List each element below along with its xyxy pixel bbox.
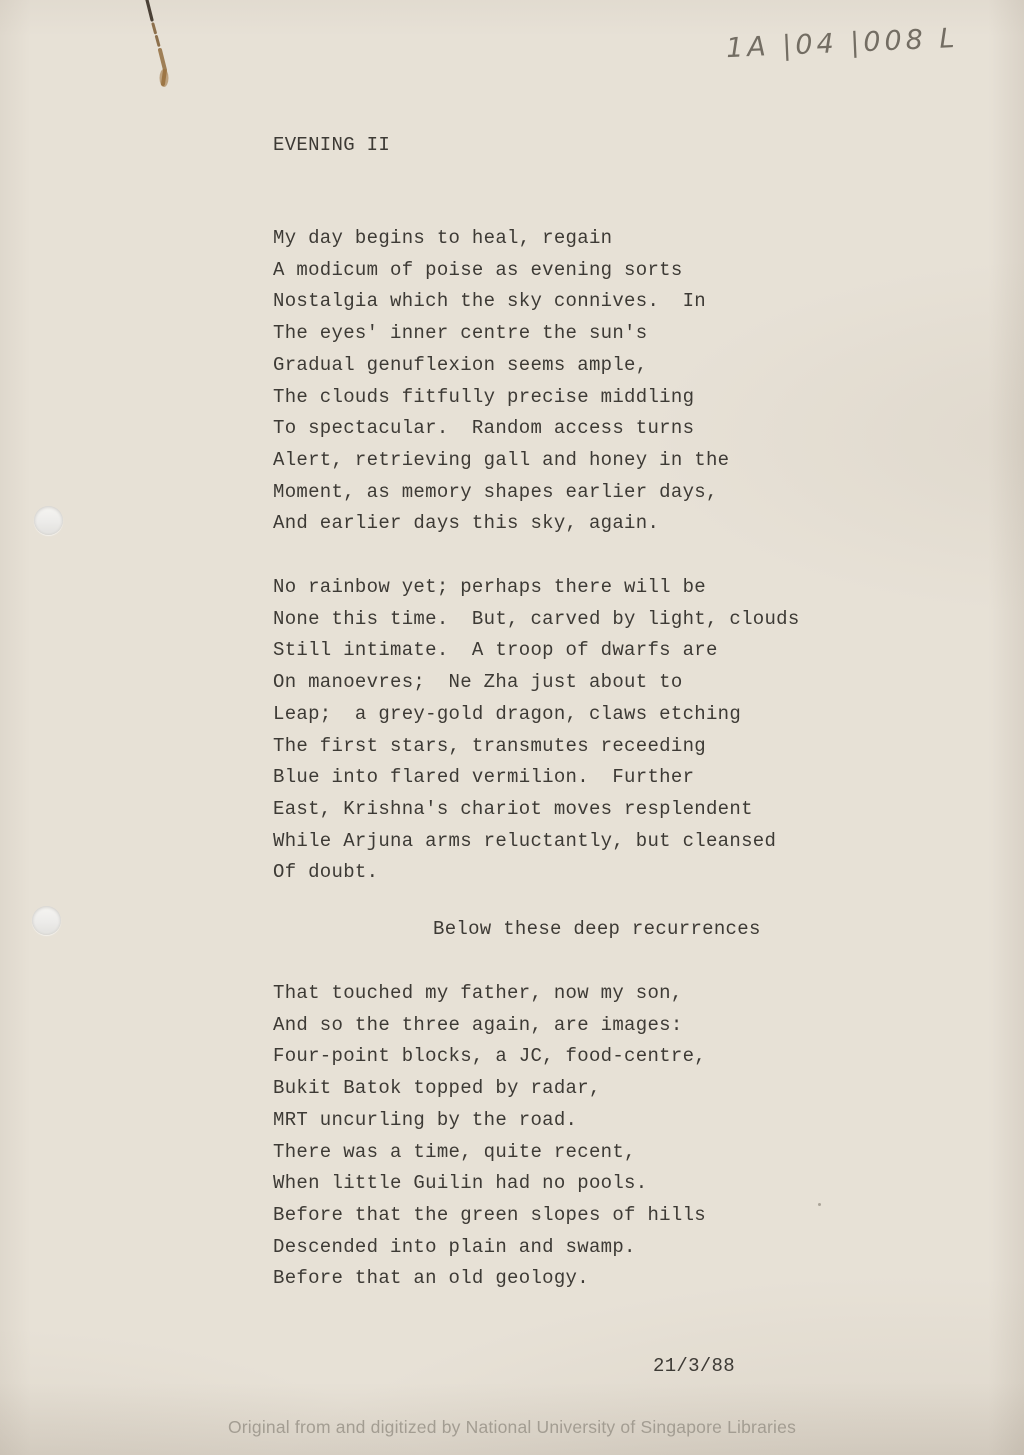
poem-line: Leap; a grey-gold dragon, claws etching xyxy=(273,699,800,731)
poem-line: To spectacular. Random access turns xyxy=(273,413,729,445)
handwritten-archive-code: 1A |04 |008 L xyxy=(725,23,959,64)
poem-line: Before that the green slopes of hills xyxy=(273,1200,706,1232)
poem-line: MRT uncurling by the road. xyxy=(273,1105,706,1137)
poem-stanza-3: That touched my father, now my son,And s… xyxy=(273,978,706,1295)
poem-line: Bukit Batok topped by radar, xyxy=(273,1073,706,1105)
poem-stanza-2: No rainbow yet; perhaps there will beNon… xyxy=(273,572,800,889)
poem-line: That touched my father, now my son, xyxy=(273,978,706,1010)
poem-line: There was a time, quite recent, xyxy=(273,1137,706,1169)
hole-punch-bottom xyxy=(32,906,61,935)
poem-line: And earlier days this sky, again. xyxy=(273,508,729,540)
poem-line: Still intimate. A troop of dwarfs are xyxy=(273,635,800,667)
poem-line: Moment, as memory shapes earlier days, xyxy=(273,477,729,509)
poem-line: No rainbow yet; perhaps there will be xyxy=(273,572,800,604)
poem-line: On manoevres; Ne Zha just about to xyxy=(273,667,800,699)
poem-line: Descended into plain and swamp. xyxy=(273,1232,706,1264)
poem-line: Blue into flared vermilion. Further xyxy=(273,762,800,794)
poem-line: Of doubt. xyxy=(273,857,800,889)
poem-line: And so the three again, are images: xyxy=(273,1010,706,1042)
poem-line: When little Guilin had no pools. xyxy=(273,1168,706,1200)
poem-line: While Arjuna arms reluctantly, but clean… xyxy=(273,826,800,858)
poem-title: EVENING II xyxy=(273,133,390,157)
poem-stanza-1: My day begins to heal, regainA modicum o… xyxy=(273,223,729,540)
poem-interlude-line: Below these deep recurrences xyxy=(433,914,761,946)
poem-line: Before that an old geology. xyxy=(273,1263,706,1295)
poem-line: My day begins to heal, regain xyxy=(273,223,729,255)
poem-line: None this time. But, carved by light, cl… xyxy=(273,604,800,636)
paper-speck xyxy=(818,1203,821,1206)
poem-date: 21/3/88 xyxy=(653,1354,735,1378)
poem-line: Gradual genuflexion seems ample, xyxy=(273,350,729,382)
poem-line: Four-point blocks, a JC, food-centre, xyxy=(273,1041,706,1073)
hole-punch-top xyxy=(34,506,63,535)
poem-line: The first stars, transmutes receeding xyxy=(273,731,800,763)
poem-line: East, Krishna's chariot moves resplenden… xyxy=(273,794,800,826)
rust-stain-mark xyxy=(138,0,180,96)
poem-line: A modicum of poise as evening sorts xyxy=(273,255,729,287)
poem-line: Alert, retrieving gall and honey in the xyxy=(273,445,729,477)
digitization-credit: Original from and digitized by National … xyxy=(0,1417,1024,1438)
poem-line: The clouds fitfully precise middling xyxy=(273,382,729,414)
poem-line: The eyes' inner centre the sun's xyxy=(273,318,729,350)
poem-line: Nostalgia which the sky connives. In xyxy=(273,286,729,318)
